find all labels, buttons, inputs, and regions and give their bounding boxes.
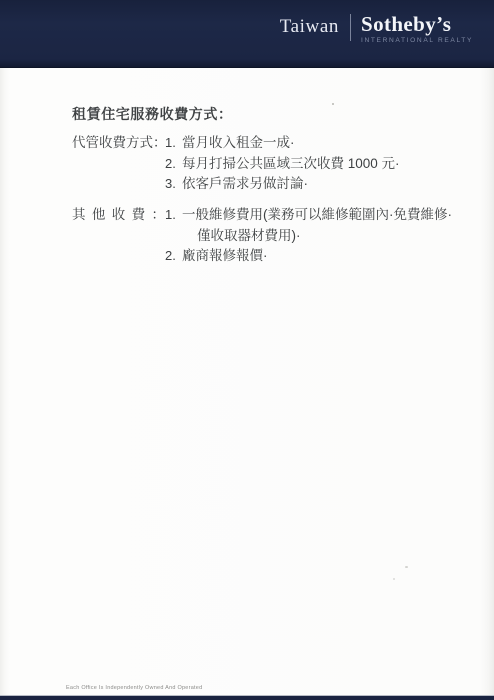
fee-section: 其 他 收 費 ：1.一般維修費用(業務可以維修範圍內·免費維修·僅收取器材費用… [72, 205, 452, 267]
list-item: 1.一般維修費用(業務可以維修範圍內·免費維修·僅收取器材費用)· [165, 205, 452, 246]
item-number: 2. [165, 154, 182, 175]
list-item: 2.每月打掃公共區域三次收費 1000 元· [165, 154, 400, 175]
logo-brand-name: Sotheby’s [361, 13, 451, 35]
section-items: 1.當月收入租金一成·2.每月打掃公共區域三次收費 1000 元·3.依客戶需求… [165, 133, 400, 195]
section-items: 1.一般維修費用(業務可以維修範圍內·免費維修·僅收取器材費用)·2.廠商報修報… [165, 205, 452, 267]
item-number: 3. [165, 174, 182, 195]
item-text: 每月打掃公共區域三次收費 1000 元· [182, 154, 400, 175]
item-number: 1. [165, 205, 182, 226]
item-number: 1. [165, 133, 182, 154]
item-text: 廠商報修報價· [182, 246, 268, 267]
item-text: 一般維修費用(業務可以維修範圍內·免費維修·僅收取器材費用)· [182, 205, 452, 246]
logo-brand-block: Sotheby’s INTERNATIONAL REALTY [361, 13, 473, 44]
section-label: 代管收費方式： [72, 133, 165, 154]
scan-speck [332, 103, 334, 105]
scan-speck [405, 566, 408, 568]
logo-divider-line [350, 14, 351, 41]
logo-region-name: Taiwan [280, 16, 339, 38]
list-item: 3.依客戶需求另做討論· [165, 174, 400, 195]
item-text: 當月收入租金一成· [182, 133, 295, 154]
item-text-line: 僅收取器材費用)· [182, 226, 452, 247]
logo-brand-subtitle: INTERNATIONAL REALTY [361, 37, 473, 44]
item-number: 2. [165, 246, 182, 267]
document-title: 租賃住宅服務收費方式： [72, 104, 233, 124]
item-text-line: 每月打掃公共區域三次收費 1000 元· [182, 154, 400, 175]
sothebys-logo: Taiwan Sotheby’s INTERNATIONAL REALTY [280, 13, 473, 44]
item-text-line: 當月收入租金一成· [182, 133, 295, 154]
item-text-line: 依客戶需求另做討論· [182, 174, 308, 195]
list-item: 2.廠商報修報價· [165, 246, 452, 267]
footer-disclaimer: Each Office Is Independently Owned And O… [66, 685, 202, 691]
list-item: 1.當月收入租金一成· [165, 133, 400, 154]
section-label: 其 他 收 費 ： [72, 205, 165, 226]
scan-speck [393, 578, 395, 580]
item-text: 依客戶需求另做討論· [182, 174, 308, 195]
scanned-document-page: Taiwan Sotheby’s INTERNATIONAL REALTY 租賃… [0, 0, 494, 700]
brand-header-bar: Taiwan Sotheby’s INTERNATIONAL REALTY [0, 0, 494, 68]
fee-section: 代管收費方式：1.當月收入租金一成·2.每月打掃公共區域三次收費 1000 元·… [72, 133, 400, 195]
scan-bottom-edge [0, 695, 494, 700]
item-text-line: 一般維修費用(業務可以維修範圍內·免費維修· [182, 205, 452, 226]
item-text-line: 廠商報修報價· [182, 246, 268, 267]
